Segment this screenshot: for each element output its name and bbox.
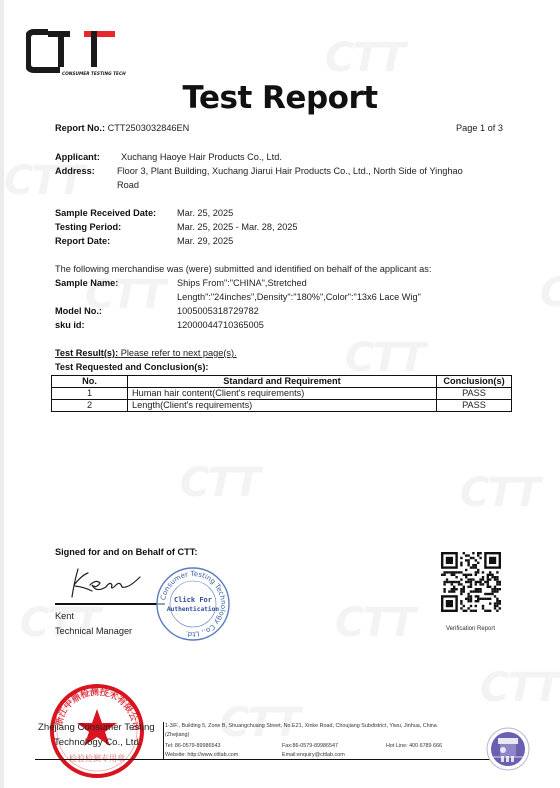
svg-text:CONSUMER TESTING TECH: CONSUMER TESTING TECH [62,71,126,77]
footer-fax: Fax:86-0579-89986547 [282,742,338,750]
signed-on-behalf-heading: Signed for and on Behalf of CTT: [55,546,197,558]
column-header-conclusion: Conclusion(s) [437,376,512,388]
svg-text:检验检测专用章: 检验检测专用章 [69,753,125,763]
address-label: Address: [55,165,95,177]
applicant-label: Applicant: [55,151,100,163]
report-page: CTT CTT CTT CTT CTT CTT CTT CTT CTT CTT … [0,0,560,788]
row-standard: Length(Client's requirements) [128,400,437,412]
test-requested-heading: Test Requested and Conclusion(s): [55,361,208,373]
page-indicator: Page 1 of 3 [456,122,503,134]
address-line-1: Floor 3, Plant Building, Xuchang Jiarui … [117,165,463,177]
sample-name-line-1: Ships From":"CHINA",Stretched [177,277,307,289]
watermark-logo: CTT [540,270,560,316]
watermark-logo: CTT [480,665,559,711]
report-date-value: Mar. 29, 2025 [177,235,233,247]
footer-divider [163,722,164,759]
sample-name-label: Sample Name: [55,277,118,289]
svg-text:Click For: Click For [174,596,212,604]
testing-period-label: Testing Period: [55,221,121,233]
row-no: 1 [52,388,128,400]
footer-address-line-1: 1-3/F., Building 5, Zone B, Shuangchuang… [165,722,437,730]
svg-text:Authentication: Authentication [167,605,219,613]
footer-address-line-2: (Zhejiang) [165,731,189,739]
table-header-row: No. Standard and Requirement Conclusion(… [52,376,512,388]
column-header-standard: Standard and Requirement [128,376,437,388]
watermark-logo: CTT [325,35,404,81]
row-conclusion: PASS [437,388,512,400]
footer-hotline: Hot Line: 400 6789 666 [386,742,442,750]
received-date-label: Sample Received Date: [55,207,156,219]
footer-tel: Tel: 86-0579-89986543 [165,742,220,750]
sample-name-line-2: Length":"24inches",Density":"180%",Color… [177,291,421,303]
footer-website[interactable]: Website: http://www.cttlab.com [165,751,238,759]
watermark-logo: CTT [180,460,259,506]
testing-period-value: Mar. 25, 2025 - Mar. 28, 2025 [177,221,298,233]
signature-image [66,565,146,601]
verification-report-label: Verification Report [446,623,495,635]
page-edge [0,0,4,788]
results-table: No. Standard and Requirement Conclusion(… [51,375,512,412]
signature-line [55,603,165,605]
test-result-note: Test Result(s): Please refer to next pag… [55,347,237,359]
footer-email[interactable]: Email:enquiry@cttlab.com [282,751,345,759]
row-standard: Human hair content(Client's requirements… [128,388,437,400]
applicant-value: Xuchang Haoye Hair Products Co., Ltd. [121,151,282,163]
row-no: 2 [52,400,128,412]
certification-badge-icon [486,727,530,771]
received-date-value: Mar. 25, 2025 [177,207,233,219]
table-row: 2 Length(Client's requirements) PASS [52,400,512,412]
model-no-value: 1005005318729782 [177,305,259,317]
sku-id-value: 12000044710365005 [177,319,264,331]
footer-line [35,759,505,760]
footer-company-line-1: Zhejiang Consumer Testing [38,722,155,734]
page-title: Test Report [0,80,560,116]
row-conclusion: PASS [437,400,512,412]
signer-name: Kent [55,610,74,622]
authentication-stamp[interactable]: Consumer Testing Technology Co., Ltd. Cl… [155,566,231,642]
watermark-logo: CTT [335,600,414,646]
signer-position: Technical Manager [55,625,132,637]
ctt-logo-icon: CONSUMER TESTING TECH [26,28,126,78]
column-header-no: No. [52,376,128,388]
footer-company-line-2: Technology Co., Ltd. [54,737,141,749]
report-number: Report No.: CTT2503032846EN [55,122,189,134]
table-row: 1 Human hair content(Client's requiremen… [52,388,512,400]
report-date-label: Report Date: [55,235,110,247]
model-no-label: Model No.: [55,305,102,317]
watermark-logo: CTT [20,600,99,646]
sku-id-label: sku id: [55,319,85,331]
qr-code-icon[interactable] [441,552,501,612]
address-line-2: Road [117,179,139,191]
merchandise-intro: The following merchandise was (were) sub… [55,263,431,275]
watermark-logo: CTT [460,470,539,516]
